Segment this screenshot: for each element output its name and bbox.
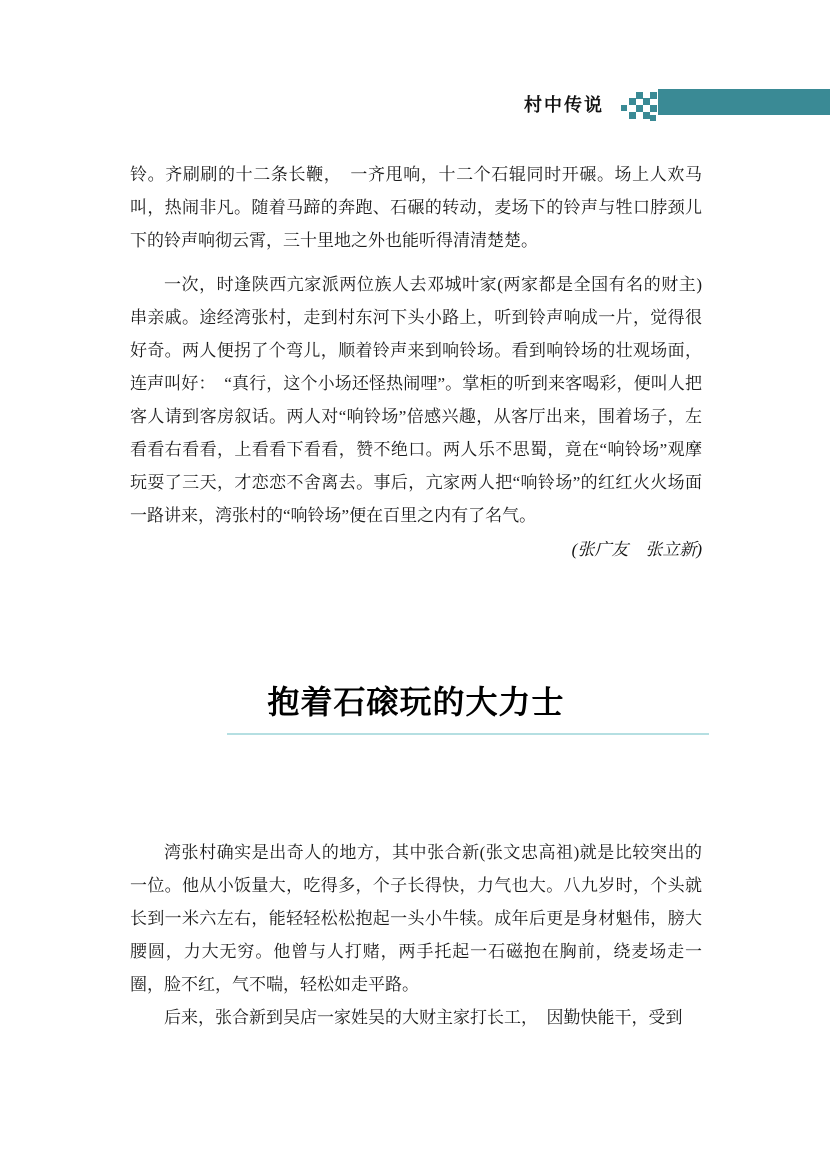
story1-text-block: 铃。齐刷刷的十二条长鞭， 一齐甩响，十二个石辊同时开碾。场上人欢马叫，热闹非凡。… [130, 158, 702, 532]
author-attribution: (张广友 张立新) [130, 538, 702, 562]
section-title: 抱着石磙玩的大力士 [130, 677, 702, 723]
accent-bar [658, 89, 830, 115]
paragraph: 铃。齐刷刷的十二条长鞭， 一齐甩响，十二个石辊同时开碾。场上人欢马叫，热闹非凡。… [130, 158, 702, 257]
book-page: 村中传说 铃。齐刷刷的十二条长鞭， 一齐甩响，十二个石辊同 [0, 0, 830, 1155]
paragraph: 一次，时逢陕西亢家派两位族人去邓城叶家(两家都是全国有名的财主)串亲戚。途经湾张… [130, 268, 702, 532]
checker-pattern-icon [621, 92, 658, 127]
paragraph: 湾张村确实是出奇人的地方，其中张合新(张文忠高祖)就是比较突出的一位。他从小饭量… [130, 836, 702, 1001]
title-divider-line [227, 733, 709, 735]
story2-text-block: 湾张村确实是出奇人的地方，其中张合新(张文忠高祖)就是比较突出的一位。他从小饭量… [130, 836, 702, 1034]
running-head: 村中传说 [0, 88, 830, 128]
running-head-label: 村中传说 [524, 91, 604, 117]
paragraph: 后来，张合新到吴店一家姓吴的大财主家打长工， 因勤快能干，受到 [130, 1001, 702, 1034]
